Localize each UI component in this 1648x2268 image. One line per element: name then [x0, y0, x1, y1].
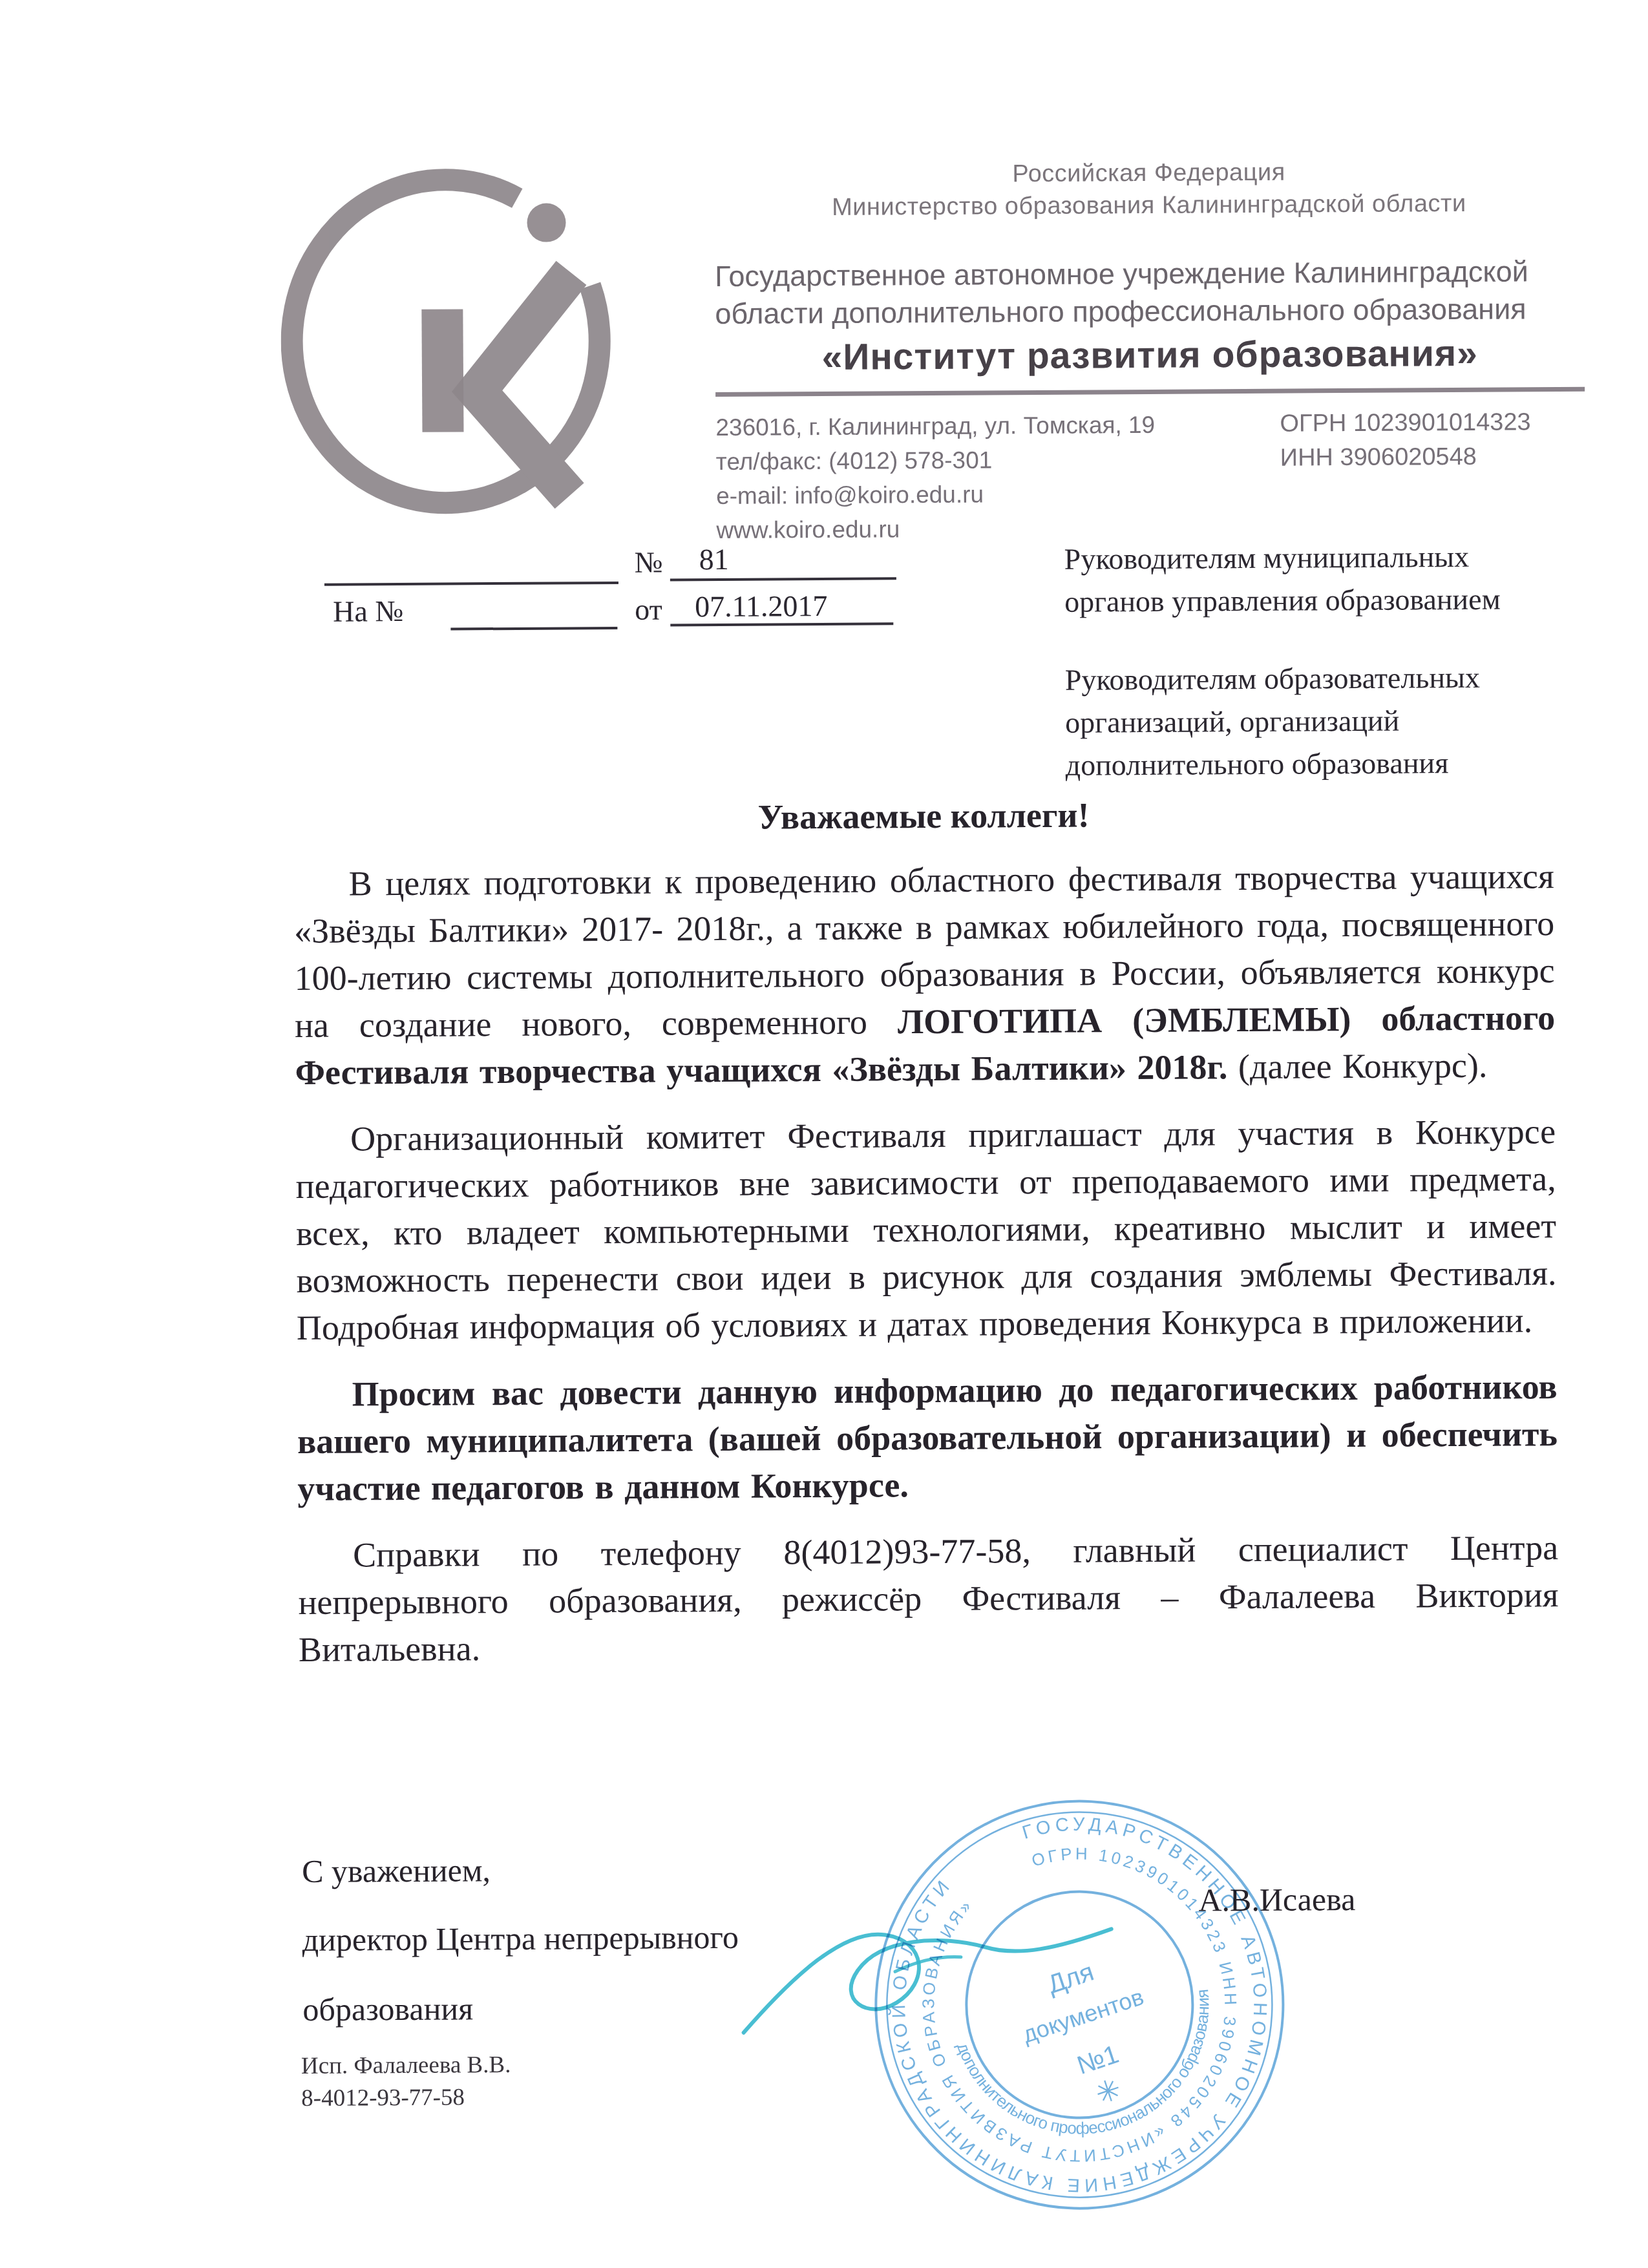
org-inn: ИНН 3906020548: [1280, 439, 1532, 475]
handwritten-signature: [733, 1898, 1121, 2055]
text-run: Организационный комитет Фестиваля пригла…: [295, 1112, 1556, 1347]
scanned-letter: Российская Федерация Министерство образо…: [0, 0, 1648, 2268]
number-underline: [670, 577, 896, 581]
federation-line: Российская Федерация: [714, 154, 1583, 192]
logo-dot: [527, 203, 565, 242]
org-address: 236016, г. Калининград, ул. Томская, 19: [715, 408, 1155, 445]
letter-date: 07.11.2017: [695, 589, 828, 624]
letterhead-registration: ОГРН 1023901014323 ИНН 3906020548: [1280, 405, 1531, 475]
text-line: Руководителям образовательных: [1065, 656, 1595, 702]
recipient-block-2: Руководителям образовательныхорганизаций…: [1065, 656, 1596, 787]
paragraph: Организационный комитет Фестиваля пригла…: [295, 1108, 1557, 1352]
org-line-1: Государственное автономное учреждение Ка…: [715, 253, 1607, 295]
text-line: организаций, организаций: [1065, 698, 1595, 744]
logo-k-chevron: [476, 273, 573, 496]
blank-line: [324, 582, 618, 586]
paragraph: Просим вас довести данную информацию до …: [297, 1363, 1558, 1513]
paragraph: В целях подготовки к проведению областно…: [294, 853, 1556, 1097]
org-name: «Институт развития образования»: [715, 331, 1585, 379]
outgoing-number: 81: [699, 542, 729, 576]
executor-name: Исп. Фалалеева В.В.: [301, 2049, 511, 2083]
date-label: от: [635, 593, 662, 627]
org-ogrn: ОГРН 1023901014323: [1280, 405, 1531, 441]
text-run: (далее Конкурс).: [1227, 1046, 1487, 1086]
date-underline: [670, 622, 893, 626]
executor-block: Исп. Фалалеева В.В. 8-4012-93-77-58: [301, 2049, 511, 2115]
letterhead-top: Российская Федерация Министерство образо…: [714, 154, 1584, 224]
reply-to-label: На №: [333, 594, 403, 629]
executor-phone: 8-4012-93-77-58: [301, 2081, 511, 2115]
text-run: Справки по телефону 8(4012)93-77-58, гла…: [298, 1528, 1558, 1669]
org-line-2: области дополнительного профессиональног…: [715, 290, 1607, 333]
salutation: Уважаемые коллеги!: [293, 789, 1554, 844]
number-sign-label: №: [635, 545, 663, 580]
blank-line: [450, 627, 617, 631]
letterhead-org: Государственное автономное учреждение Ка…: [715, 253, 1607, 333]
org-phone: тел/факс: (4012) 578-301: [716, 442, 1156, 479]
body-paragraphs: В целях подготовки к проведению областно…: [294, 853, 1559, 1674]
text-line: дополнительного образования: [1065, 741, 1595, 787]
text-line: органов управления образованием: [1064, 578, 1594, 624]
ministry-line: Министерство образования Калининградской…: [714, 187, 1583, 224]
text-line: Руководителям муниципальных: [1064, 535, 1594, 581]
org-email: e-mail: info@koiro.edu.ru: [716, 476, 1156, 513]
signer-title-line-2: образования: [302, 1990, 473, 2028]
letterhead-contacts: 236016, г. Калининград, ул. Томская, 19 …: [715, 408, 1156, 547]
recipient-block-1: Руководителям муниципальныхорганов управ…: [1064, 535, 1595, 624]
letterhead-divider: [715, 387, 1585, 397]
bold-text-run: Просим вас довести данную информацию до …: [297, 1367, 1558, 1508]
letter-body: Уважаемые коллеги! В целях подготовки к …: [293, 789, 1559, 1674]
closing-phrase: С уважением,: [302, 1851, 491, 1890]
stamp-asterisk-icon: ✳: [1091, 2072, 1125, 2111]
koiro-logo: [280, 163, 618, 520]
signer-title-line-1: директор Центра непрерывного: [302, 1918, 739, 1958]
logo-k-bar: [421, 309, 463, 432]
paragraph: Справки по телефону 8(4012)93-77-58, гла…: [298, 1524, 1559, 1674]
